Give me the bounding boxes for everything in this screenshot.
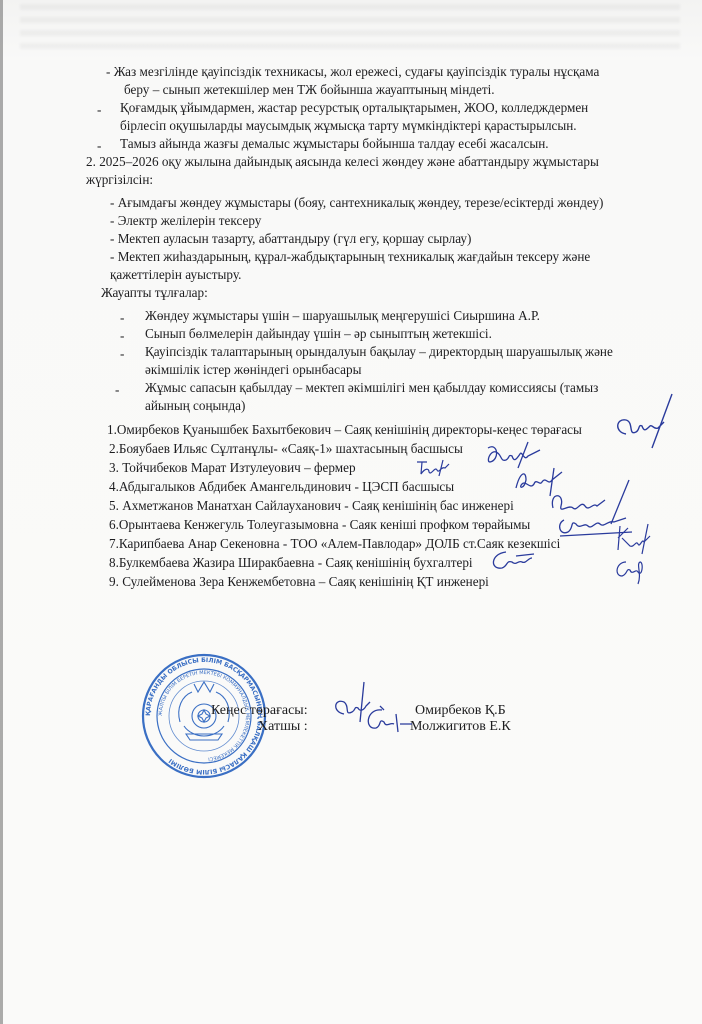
section-heading: жүргізілсін: [86,172,153,188]
bullet-dash: - [97,138,101,154]
signature-8-icon [488,548,538,574]
secretary-name: Молжигитов Е.К [410,719,511,735]
responsible-item: Жұмыс сапасын қабылдау – мектеп әкімшілі… [145,380,598,396]
member-row: 3. Тойчибеков Марат Изтулеуович – фермер [109,460,356,476]
bullet-dash: - [120,328,124,344]
signature-3-icon [413,456,453,480]
bullet-dash: - [97,102,101,118]
responsible-item: әкімшілік істер жөніндегі орынбасары [145,362,361,378]
member-row: 9. Сулейменова Зера Кенжембетовна – Саяқ… [109,574,489,590]
item-text: Қоғамдық ұйымдармен, жастар ресурстық ор… [120,100,588,116]
member-row: 2.Бояубаев Ильяс Сұлтанұлы- «Саяқ-1» шах… [109,441,463,457]
responsible-item: Қауіпсіздік талаптарының орындалуын бақы… [145,344,613,360]
item-text: - Жаз мезгілінде қауіпсіздік техникасы, … [106,64,599,80]
responsible-item: Жөндеу жұмыстары үшін – шаруашылық меңге… [145,308,540,324]
responsible-item: айының соңында) [145,398,245,414]
work-item: - Мектеп жиһаздарының, құрал-жабдықтарын… [110,249,590,265]
scan-edge [0,0,3,1024]
secretary-signature-icon [360,702,414,738]
section-heading: 2. 2025–2026 оқу жылына дайындық аясында… [86,154,599,170]
responsible-item: Сынып бөлмелерін дайындау үшін – әр сыны… [145,326,492,342]
member-row: 8.Булкембаева Жазира Ширакбаевна - Саяқ … [109,555,473,571]
chair-name: Омирбеков Қ.Б [415,703,506,719]
work-item: қажеттілерін ауыстыру. [110,267,241,283]
member-row: 6.Орынтаева Кенжегуль Толеугазымовна - С… [109,517,530,533]
bullet-dash: - [120,310,124,326]
bullet-dash: - [115,382,119,398]
work-item: - Ағымдағы жөндеу жұмыстары (бояу, санте… [110,195,603,211]
work-item: - Электр желілерін тексеру [110,213,261,229]
document-page: - Жаз мезгілінде қауіпсіздік техникасы, … [0,0,702,1024]
signature-7-icon [614,520,654,556]
signature-9-icon [612,556,652,588]
member-row: 5. Ахметжанов Манатхан Сайлауханович - С… [109,498,514,514]
member-row: 4.Абдыгалыков Абдибек Амангельдинович - … [109,479,454,495]
item-text: Тамыз айында жазғы демалыс жұмыстары бой… [120,136,549,152]
member-row: 1.Омирбеков Қуанышбек Бахытбекович – Сая… [107,422,582,438]
item-text: беру – сынып жетекшілер мен ТЖ бойынша ж… [124,82,495,98]
work-item: - Мектеп ауласын тазарту, абаттандыру (г… [110,231,471,247]
bullet-dash: - [120,346,124,362]
item-text: бірлесіп оқушыларды маусымдық жұмысқа та… [120,118,577,134]
responsible-label: Жауапты тұлғалар: [101,285,208,301]
chair-label: Кеңес төрағасы: [211,703,308,719]
bleed-through-text [20,4,680,52]
signature-1-icon [612,392,678,450]
secretary-label: Хатшы : [258,719,308,735]
